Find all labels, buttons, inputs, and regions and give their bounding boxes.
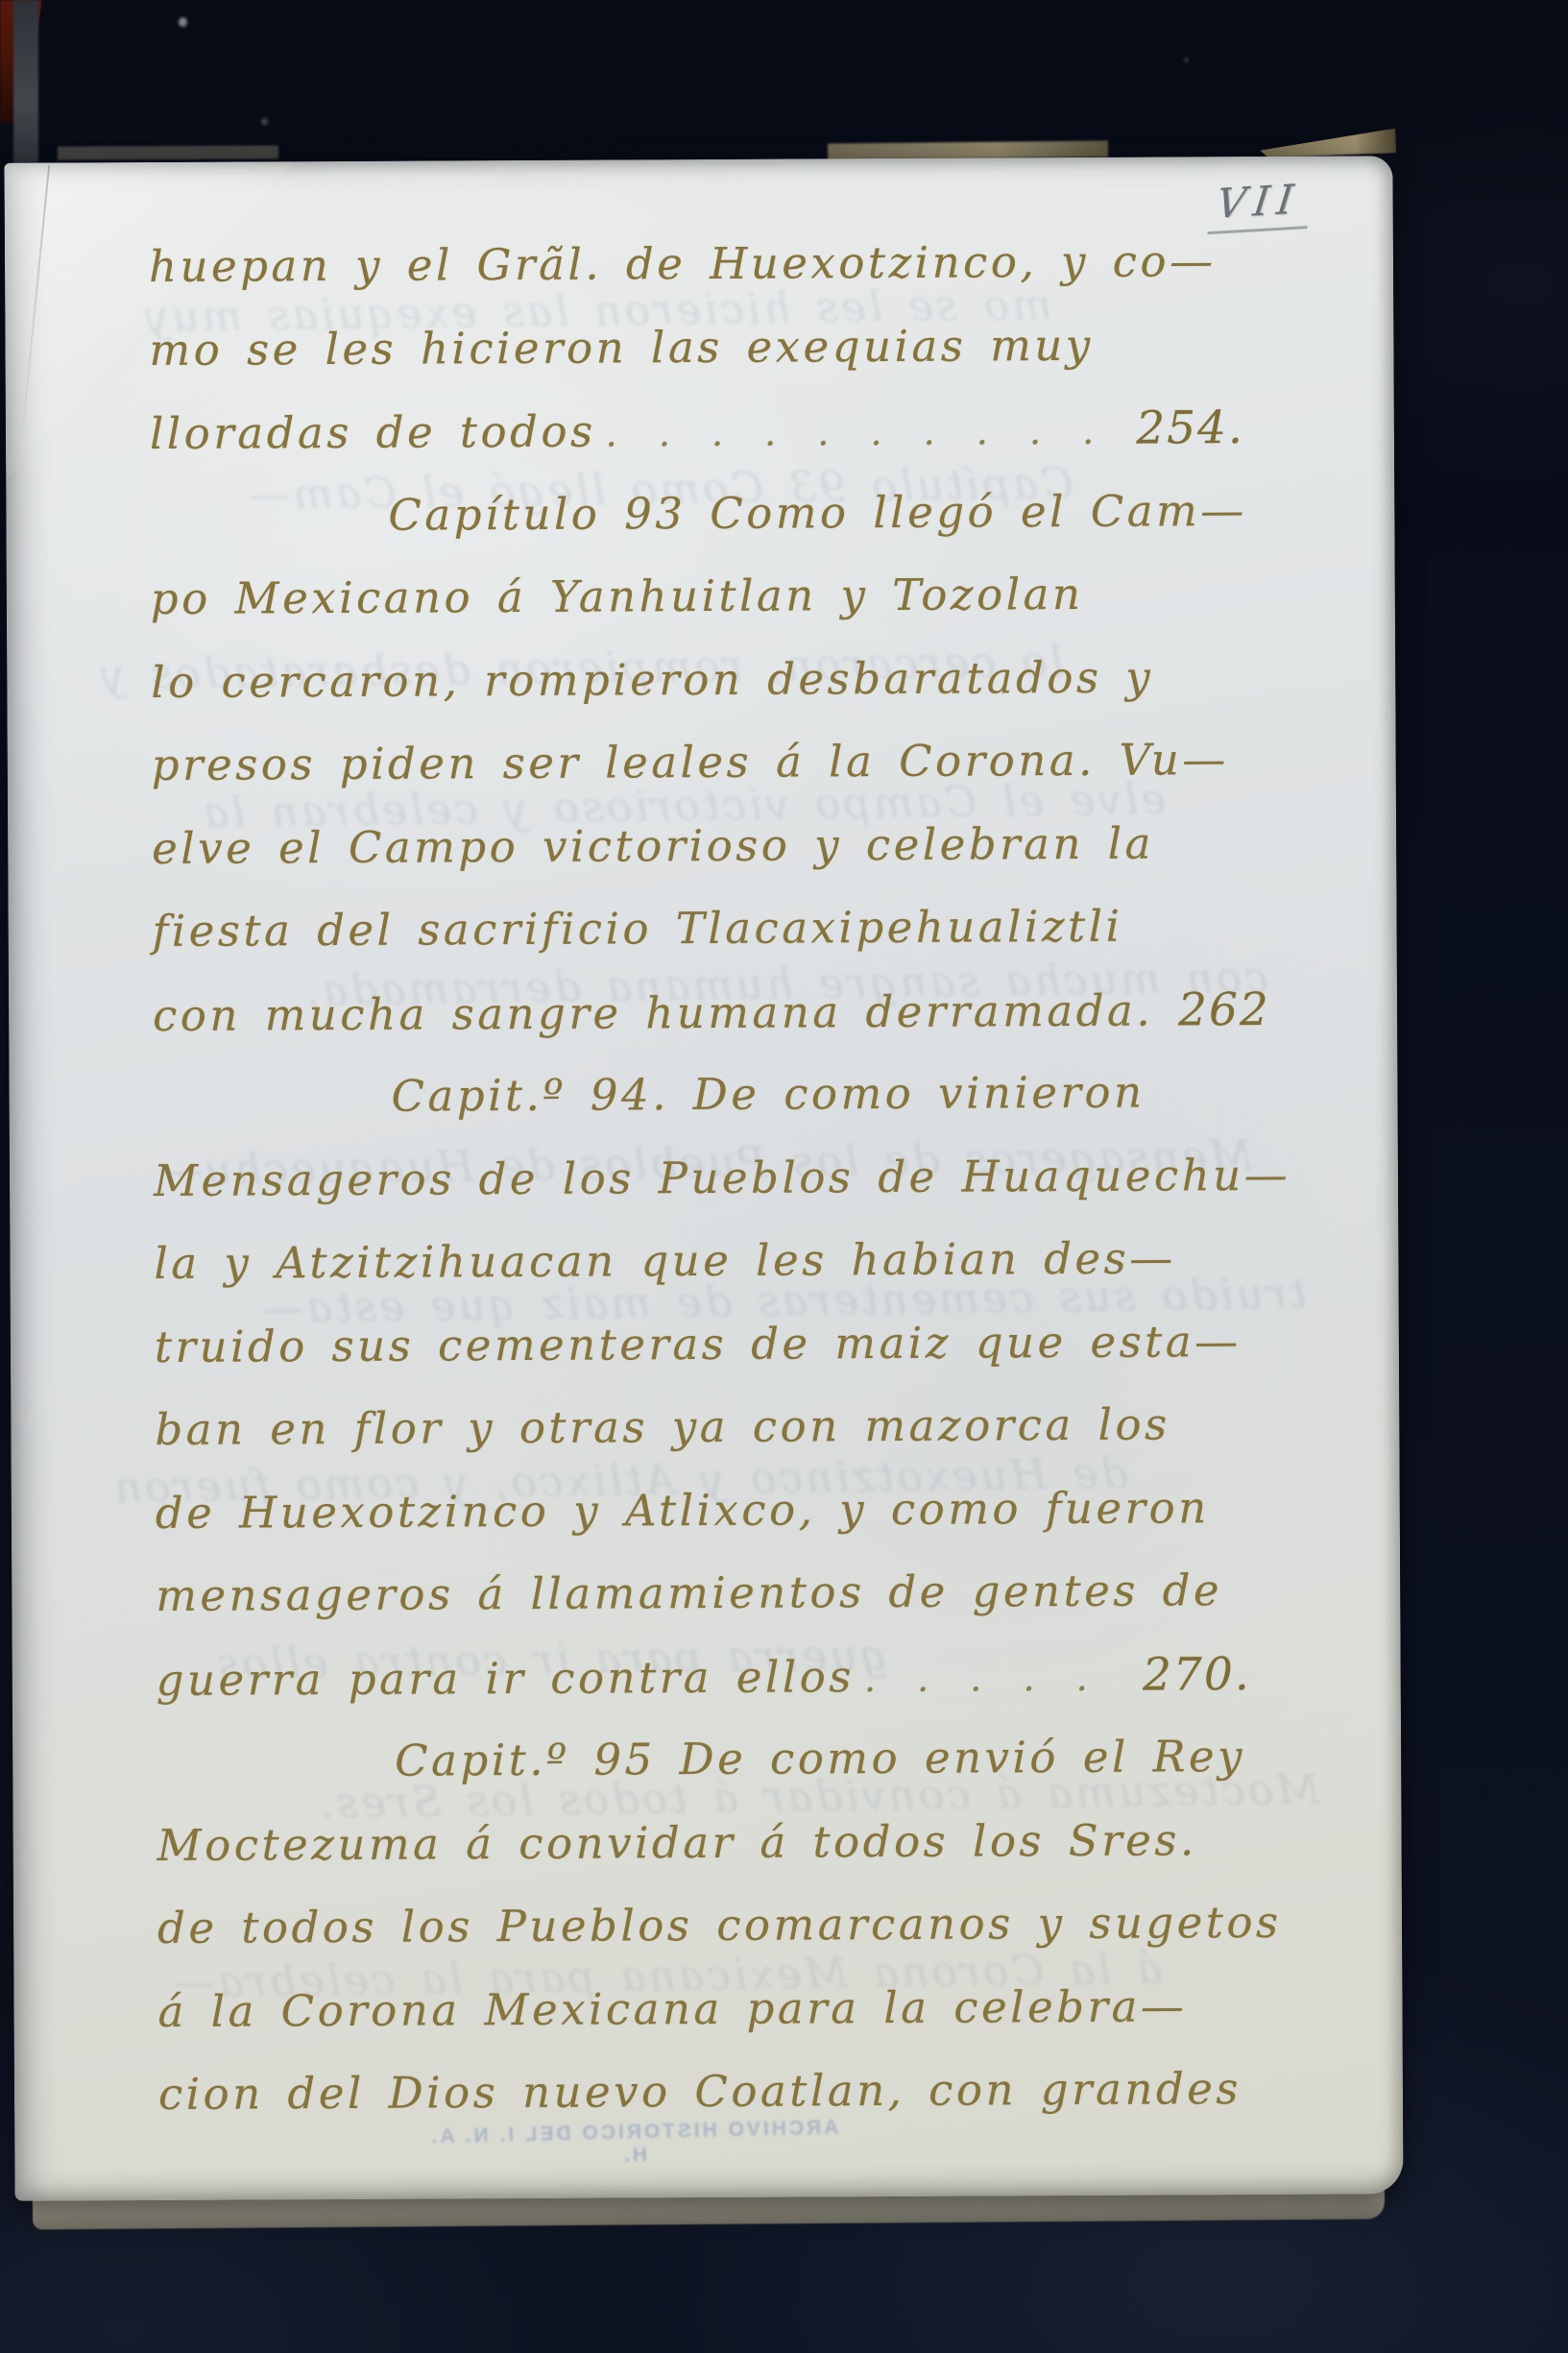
manuscript-line: presos piden ser leales á la Corona. Vu— [152,734,1246,822]
underlying-page-edge-left [13,0,38,171]
manuscript-line: Capit.º 94. De como vinieron [153,1066,1247,1154]
manuscript-line: truido sus cementeras de maiz que esta— [155,1316,1249,1404]
line-text: po Mexicano á Yanhuitlan y Tozolan [151,569,1084,624]
manuscript-line: elve el Campo victorioso y celebran la [152,817,1246,906]
manuscript-line: con mucha sangre humana derramada.262 [153,983,1247,1072]
manuscript-line: po Mexicano á Yanhuitlan y Tozolan [151,568,1245,656]
dot-leader: . . . . . [864,1656,1129,1699]
manuscript-line: mo se les hicieron las exequias muy [149,319,1243,407]
manuscript-line: á la Corona Mexicana para la celebra— [157,1980,1252,2069]
line-text: con mucha sangre humana derramada. [153,984,1153,1040]
line-text: de todos los Pueblos comarcanos y sugeto… [157,1897,1282,1953]
dot-leader: . . . . . . . . . . . . [605,410,1122,455]
line-text: Capit.º 95 De como envió el Rey [395,1731,1245,1786]
page-reference: 262 [1178,982,1270,1036]
manuscript-text-block: huepan y el Grãl. de Huexotzinco, y co—m… [149,235,1253,2151]
folio-number-pencil: VII [1208,175,1314,234]
manuscript-line: lloradas de todos. . . . . . . . . . . .… [150,401,1244,490]
manuscript-line: fiesta del sacrificio Tlacaxipehualiztli [153,900,1247,988]
line-text: truido sus cementeras de maiz que esta— [155,1316,1242,1372]
line-text: guerra para ir contra ellos [157,1651,855,1706]
manuscript-line: la y Atzitzihuacan que les habian des— [154,1232,1248,1321]
line-text: elve el Campo victorioso y celebran la [152,817,1154,873]
line-text: Mensageros de los Pueblos de Huaquechu— [154,1149,1291,1205]
manuscript-line: de todos los Pueblos comarcanos y sugeto… [157,1897,1252,1985]
line-text: lo cercaron, rompieron desbaratados y [151,651,1153,707]
manuscript-line: huepan y el Grãl. de Huexotzinco, y co— [149,235,1243,324]
manuscript-line: mensageros á llamamientos de gentes de [156,1565,1250,1653]
manuscript-line: Moctezuma á convidar á todos los Sres. [157,1814,1251,1903]
line-text: la y Atzitzihuacan que les habian des— [154,1232,1175,1289]
underlying-page-edge-top-left [58,145,278,159]
dust-speck [179,17,187,27]
line-text: fiesta del sacrificio Tlacaxipehualiztli [153,901,1123,957]
manuscript-line: Mensageros de los Pueblos de Huaquechu— [154,1150,1248,1238]
manuscript-line: de Huexotzinco y Atlixco, y como fueron [156,1482,1250,1570]
manuscript-line: ban en flor y otras ya con mazorca los [155,1398,1249,1487]
line-text: lloradas de todos [150,406,596,459]
manuscript-line: Capit.º 95 De como envió el Rey [157,1731,1251,1819]
line-text: Moctezuma á convidar á todos los Sres. [157,1814,1196,1871]
line-text: cion del Dios nuevo Coatlan, con grandes [158,2063,1242,2120]
line-text: mo se les hicieron las exequias muy [149,319,1094,375]
line-text: ban en flor y otras ya con mazorca los [155,1398,1170,1455]
page-reference: 254. [1136,401,1244,455]
manuscript-line: Capítulo 93 Como llegó el Cam— [150,485,1244,573]
dust-speck [1184,58,1189,62]
line-text: á la Corona Mexicana para la celebra— [157,1980,1187,2037]
line-text: huepan y el Grãl. de Huexotzinco, y co— [149,235,1217,292]
page-reference: 270. [1143,1648,1251,1702]
manuscript-line: guerra para ir contra ellos. . . . .270. [157,1648,1251,1736]
line-text: Capit.º 94. De como vinieron [391,1067,1145,1122]
manuscript-line: lo cercaron, rompieron desbaratados y [151,651,1245,740]
line-text: presos piden ser leales á la Corona. Vu— [152,734,1229,790]
line-text: de Huexotzinco y Atlixco, y como fueron [156,1482,1210,1539]
archive-stamp-mirrored: ARCHIVO HISTORICO DEL I. N. A. H. [427,2117,841,2172]
manuscript-sheet: mo se les hicieron las exequias muyCapít… [4,156,1403,2201]
dust-speck [261,118,268,125]
line-text: Capítulo 93 Como llegó el Cam— [388,485,1247,541]
line-text: mensageros á llamamientos de gentes de [156,1565,1222,1621]
